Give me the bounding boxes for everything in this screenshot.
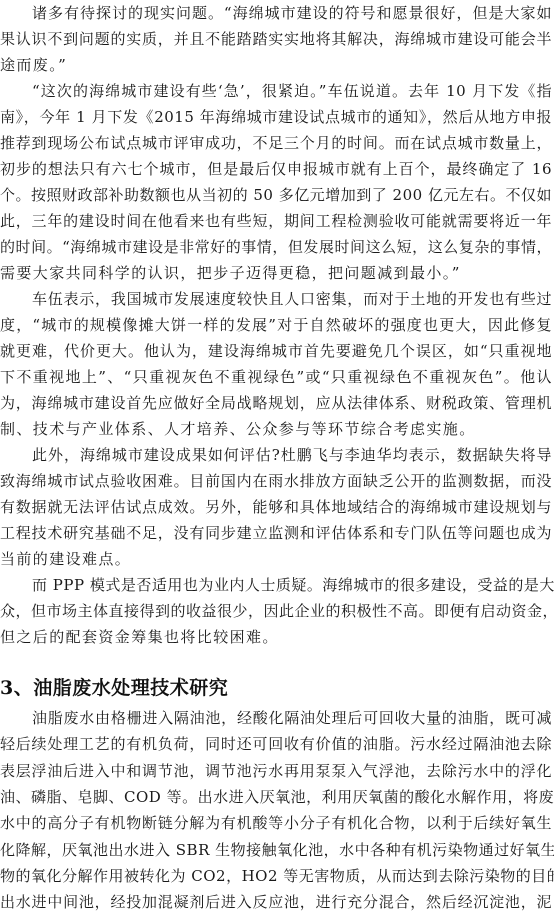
text-line: 果认识不到问题的实质，并且不能踏踏实实地将其解决，海绵城市建设可能会半 bbox=[0, 26, 552, 52]
text-line: 制、技术与产业体系、人才培养、公众参与等环节综合考虑实施。 bbox=[0, 416, 552, 442]
text-line: 度，“城市的规模像摊大饼一样的发展”对于自然破坏的强度也更大，因此修复 bbox=[0, 312, 552, 338]
text-line: 但之后的配套资金筹集也将比较困难。 bbox=[0, 624, 552, 650]
text-line: 初步的想法只有六七个城市，但是最后仅申报城市就有上百个，最终确定了 16 bbox=[0, 156, 552, 182]
text-line: 的时间。“海绵城市建设是非常好的事情，但发展时间这么短，这么复杂的事情， bbox=[0, 234, 552, 260]
text-line: 化降解，厌氧池出水进入 SBR 生物接触氧化池，水中各种有机污染物通过好氧生 bbox=[0, 837, 552, 863]
text-line: “这次的海绵城市建设有些‘急’，很紧迫。”车伍说道。去年 10 月下发《指 bbox=[32, 78, 552, 104]
text-line: 表层浮油后进入中和调节池，调节池污水再用泵泵入气浮池，去除污水中的浮化 bbox=[0, 758, 552, 784]
text-line: 就更难，代价更大。他认为，建设海绵城市首先要避免几个误区，如“只重视地 bbox=[0, 338, 552, 364]
text-line: 而 PPP 模式是否适用也为业内人士质疑。海绵城市的很多建设，受益的是大 bbox=[32, 572, 552, 598]
text-line: 众，但市场主体直接得到的收益很少，因此企业的积极性不高。即便有启动资金， bbox=[0, 598, 552, 624]
text-line: 工程技术研究基础不足，没有同步建立监测和评估体系和专门队伍等问题也成为 bbox=[0, 520, 552, 546]
text-line: 轻后续处理工艺的有机负荷，同时还可回收有价值的油脂。污水经过隔油池去除 bbox=[0, 731, 552, 757]
text-line: 南》，今年 1 月下发《2015 年海绵城市建设试点城市的通知》，然后从地方申报 bbox=[0, 104, 552, 130]
text-line: 有数据就无法评估试点成效。另外，能够和具体地域结合的海绵城市建设规划与 bbox=[0, 494, 552, 520]
section-heading: 3、油脂废水处理技术研究 bbox=[0, 674, 228, 702]
text-line: 此外，海绵城市建设成果如何评估?杜鹏飞与李迪华均表示，数据缺失将导 bbox=[32, 442, 552, 468]
text-line: 途而废。” bbox=[0, 52, 552, 78]
text-line: 油脂废水由格栅进入隔油池，经酸化隔油处理后可回收大量的油脂，既可减 bbox=[32, 705, 552, 731]
text-line: 推荐到现场公布试点城市评审成功，不足三个月的时间。而在试点城市数量上， bbox=[0, 130, 552, 156]
text-line: 为，海绵城市建设首先应做好全局战略规划，应从法律体系、财税政策、管理机 bbox=[0, 390, 552, 416]
text-line: 车伍表示，我国城市发展速度较快且人口密集，而对于土地的开发也有些过 bbox=[32, 286, 552, 312]
text-line: 水中的高分子有机物断链分解为有机酸等小分子有机化合物，以利于后续好氧生 bbox=[0, 810, 552, 836]
text-line: 此，三年的建设时间在他看来也有些短，期间工程检测验收可能就需要将近一年 bbox=[0, 208, 552, 234]
text-line: 诸多有待探讨的现实问题。“海绵城市建设的符号和愿景很好，但是大家如 bbox=[32, 0, 552, 26]
text-line: 个。按照财政部补助数额也从当初的 50 多亿元增加到了 200 亿元左右。不仅如 bbox=[0, 182, 552, 208]
text-line: 油、磷脂、皂脚、COD 等。出水进入厌氧池，利用厌氧菌的酸化水解作用，将废 bbox=[0, 784, 552, 810]
text-line: 需要大家共同科学的认识，把步子迈得更稳，把问题减到最小。” bbox=[0, 260, 552, 286]
text-line: 致海绵城市试点验收困难。目前国内在雨水排放方面缺乏公开的监测数据，而没 bbox=[0, 468, 552, 494]
text-line: 当前的建设难点。 bbox=[0, 546, 552, 572]
text-line: 出水进中间池，经投加混凝剂后进入反应池，进行充分混合，然后经沉淀池，泥 bbox=[0, 889, 552, 914]
text-line: 下不重视地上”、“只重视灰色不重视绿色”或“只重视绿色不重视灰色”。他认 bbox=[0, 364, 552, 390]
text-line: 物的氧化分解作用被转化为 CO2，HO2 等无害物质，从而达到去除污染物的目的。 bbox=[0, 863, 552, 889]
